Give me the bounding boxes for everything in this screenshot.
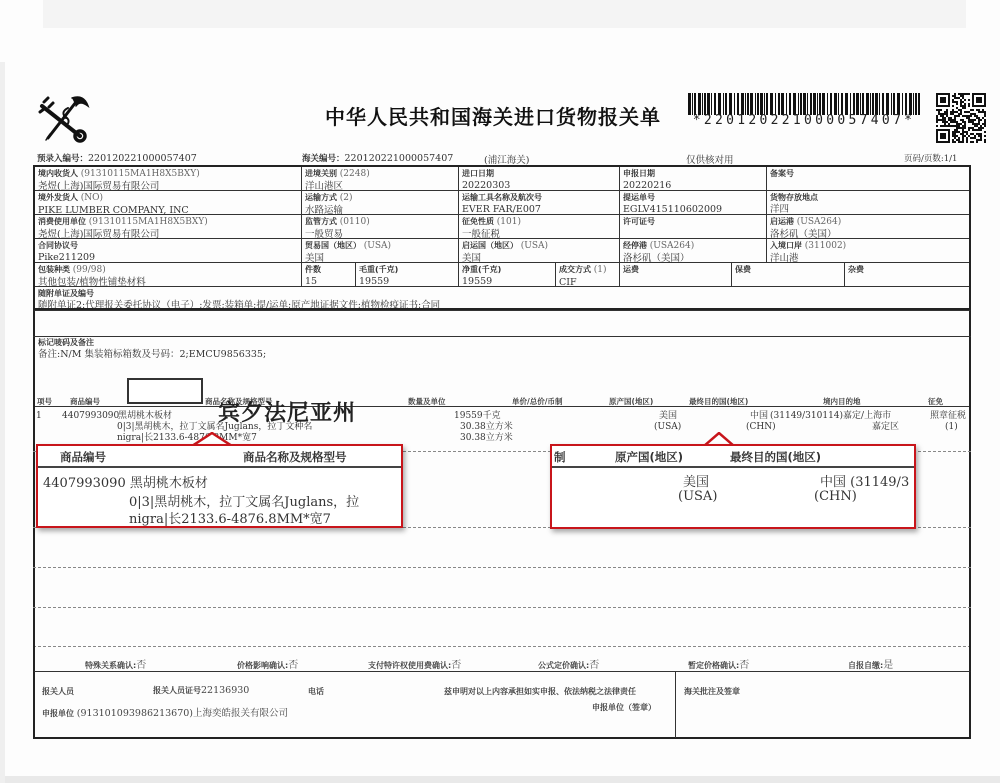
shipper-cell: 境外发货人 (NO) PIKE LUMBER COMPANY, INC: [35, 191, 302, 215]
transport-mode-cell: 运输方式 (2) 水路运输: [302, 191, 459, 215]
divider: [33, 336, 971, 337]
customs-number: 海关编号：220120221000057407: [302, 152, 453, 164]
consignee-cell: 境内收货人 (91310115MA1H8X5BXY) 尧煜(上海)国际贸易有限公…: [35, 167, 302, 191]
stop-port-cell: 经停港 (USA264) 洛杉矶（美国）: [620, 239, 767, 263]
bill-no-cell: 提运单号 EGLV415110602009: [620, 191, 767, 215]
attached-docs-cell: 随附单证及编号 随附单证2:代理报关委托协议（电子）;发票;装箱单;提/运单;原…: [35, 287, 969, 308]
row-divider: [33, 567, 971, 568]
vessel-cell: 运输工具名称及航次号 EVER FAR/E007: [459, 191, 620, 215]
storage-place-cell: 货物存放地点 洋四: [767, 191, 969, 215]
confirmations-row: [33, 646, 971, 672]
phone-label: 电话: [308, 686, 324, 697]
header-grid: 境内收货人 (91310115MA1H8X5BXY) 尧煜(上海)国际贸易有限公…: [33, 165, 971, 310]
footer-divider: [675, 672, 676, 738]
special-relation-confirm: 特殊关系确认:否: [85, 656, 146, 671]
customs-declaration-form: 中华人民共和国海关进口货物报关单 *220120221000057407* 预录…: [0, 0, 1000, 783]
import-date-cell: 进口日期 20220303: [459, 167, 620, 191]
entry-place-cell: 入境口岸 (311002) 洋山港: [767, 239, 969, 263]
declarant-cert: 报关人员证号22136930: [153, 685, 249, 696]
net-weight-cell: 净重(千克) 19559: [459, 263, 556, 287]
formula-price-confirm: 公式定价确认:否: [538, 656, 599, 671]
origin-country-cell: 启运国（地区） (USA) 美国: [459, 239, 620, 263]
verify-only-note: 仅供核对用: [686, 152, 734, 166]
callout-goods-line: nigra|长2133.6-4876.8MM*宽7: [129, 508, 331, 527]
insurance-cell: 保费: [732, 263, 845, 287]
declaration-statement: 兹申明对以上内容承担如实申报、依法纳税之法律责任: [444, 686, 636, 697]
customs-approval-label: 海关批注及签章: [684, 686, 740, 697]
barcode-number: *220120221000057407*: [688, 113, 920, 128]
package-type-cell: 包装种类 (99/98) 其他包装/植物性铺垫材料: [35, 263, 302, 287]
declare-date-cell: 申报日期 20220216: [620, 167, 767, 191]
callout-box-countries: 制 原产国(地区) 最终目的国(地区) 美国 (USA) 中国 (31149/3…: [550, 444, 916, 529]
supervision-cell: 监管方式 (0110) 一般贸易: [302, 215, 459, 239]
consumer-cell: 消费使用单位 (91310115MA1H8X5BXY) 尧煜(上海)国际贸易有限…: [35, 215, 302, 239]
seal-label: 申报单位（签章）: [592, 702, 656, 713]
license-no-cell: 许可证号: [620, 215, 767, 239]
row-divider: [33, 607, 971, 608]
trade-country-cell: 贸易国（地区） (USA) 美国: [302, 239, 459, 263]
barcode-icon: [688, 93, 920, 115]
callout-goods-line: 4407993090 黑胡桃木板材: [43, 472, 208, 491]
contract-no-cell: 合同协议号 Pike211209: [35, 239, 302, 263]
callout-destination-code: (CHN): [814, 489, 857, 504]
price-impact-confirm: 价格影响确认:否: [237, 656, 298, 671]
declaring-unit: 申报单位 (913101093986213670)上海奕皓报关有限公司: [42, 705, 288, 719]
misc-fee-cell: 杂费: [845, 263, 969, 287]
annotation-rectangle: [127, 378, 203, 404]
freight-cell: 运费: [620, 263, 732, 287]
pieces-cell: 件数 15: [302, 263, 356, 287]
royalty-confirm: 支付特许权使用费确认:否: [368, 656, 461, 671]
customs-office: (浦江海关): [484, 152, 529, 166]
departure-port-cell: 启运港 (USA264) 洛杉矶（美国）: [767, 215, 969, 239]
provisional-price-confirm: 暂定价格确认:否: [688, 656, 749, 671]
record-no-cell: 备案号: [767, 167, 969, 191]
callout-header: 商品编号 商品名称及规格型号: [38, 446, 401, 468]
callout-origin-code: (USA): [678, 489, 717, 504]
page-info: 页码/页数:1/1: [904, 152, 957, 164]
form-title: 中华人民共和国海关进口货物报关单: [325, 101, 661, 130]
gross-weight-cell: 毛重(千克) 19559: [356, 263, 459, 287]
annotation-text: 宾夕法尼亚州: [218, 396, 356, 427]
customs-emblem-icon: [36, 92, 92, 144]
pre-entry-number: 预录入编号：220120221000057407: [37, 152, 197, 164]
callout-header: 制 原产国(地区) 最终目的国(地区): [552, 446, 914, 468]
callout-box-goods: 商品编号 商品名称及规格型号 4407993090 黑胡桃木板材 0|3|黑胡桃…: [36, 444, 403, 528]
levy-nature-cell: 征免性质 (101) 一般征税: [459, 215, 620, 239]
self-declare-pay: 自报自缴:是: [848, 656, 893, 671]
callout-destination: 中国 (31149/3: [820, 471, 909, 490]
entry-port-cell: 进境关别 (2248) 洋山港区: [302, 167, 459, 191]
deal-mode-cell: 成交方式 (1) CIF: [556, 263, 620, 287]
callout-origin: 美国: [683, 471, 709, 490]
qr-code-icon: [936, 93, 986, 143]
declarant-label: 报关人员: [42, 686, 74, 697]
